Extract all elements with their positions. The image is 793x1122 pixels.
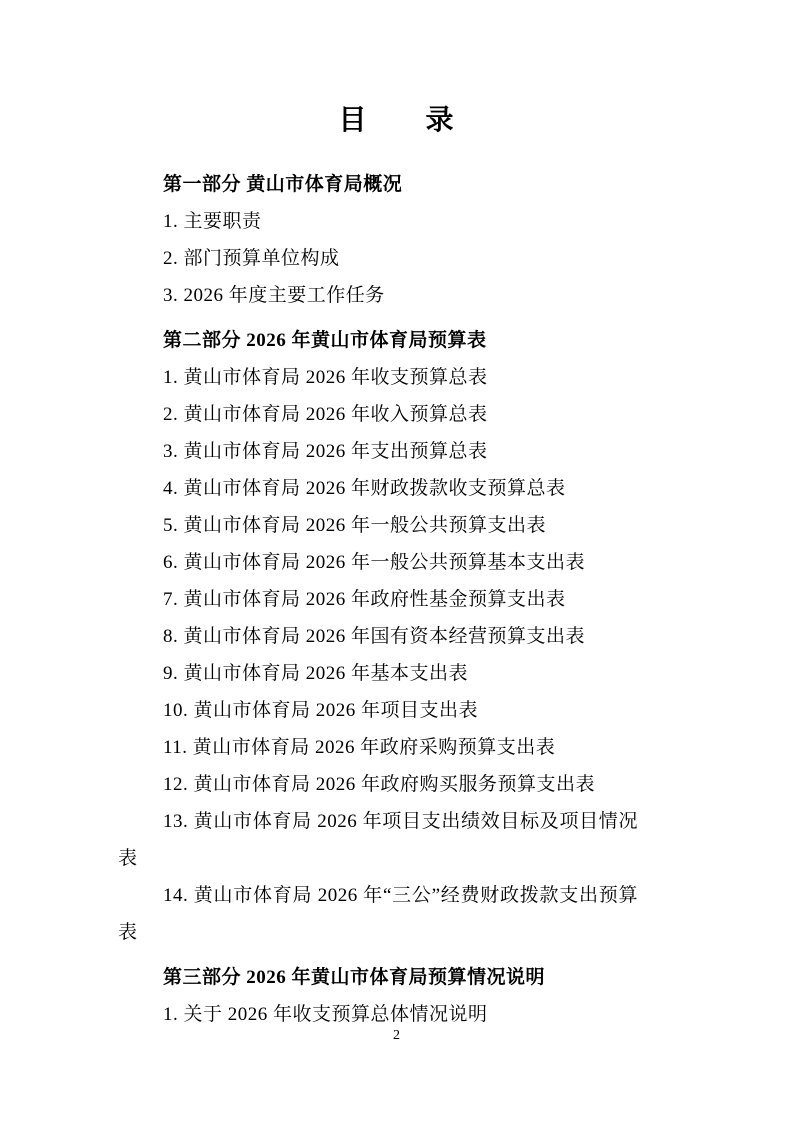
toc-item: 6. 黄山市体育局 2026 年一般公共预算基本支出表 [118, 544, 638, 581]
toc-item: 2. 部门预算单位构成 [118, 240, 638, 277]
toc-item: 4. 黄山市体育局 2026 年财政拨款收支预算总表 [118, 470, 638, 507]
part-2-heading: 第二部分 2026 年黄山市体育局预算表 [118, 322, 638, 359]
toc-item: 12. 黄山市体育局 2026 年政府购买服务预算支出表 [118, 766, 638, 803]
page-title: 目 录 [0, 0, 793, 136]
toc-item: 7. 黄山市体育局 2026 年政府性基金预算支出表 [118, 581, 638, 618]
part-3-heading: 第三部分 2026 年黄山市体育局预算情况说明 [118, 959, 638, 996]
toc-item: 8. 黄山市体育局 2026 年国有资本经营预算支出表 [118, 618, 638, 655]
toc-item: 10. 黄山市体育局 2026 年项目支出表 [118, 692, 638, 729]
table-of-contents: 第一部分 黄山市体育局概况 1. 主要职责 2. 部门预算单位构成 3. 202… [118, 166, 638, 1033]
toc-item: 9. 黄山市体育局 2026 年基本支出表 [118, 655, 638, 692]
toc-item: 1. 主要职责 [118, 203, 638, 240]
toc-item: 11. 黄山市体育局 2026 年政府采购预算支出表 [118, 729, 638, 766]
page-number: 2 [0, 1026, 793, 1046]
part-1-heading: 第一部分 黄山市体育局概况 [118, 166, 638, 203]
toc-item: 13. 黄山市体育局 2026 年项目支出绩效目标及项目情况表 [118, 803, 638, 877]
toc-item: 2. 黄山市体育局 2026 年收入预算总表 [118, 396, 638, 433]
toc-item: 3. 黄山市体育局 2026 年支出预算总表 [118, 433, 638, 470]
document-page: 目 录 第一部分 黄山市体育局概况 1. 主要职责 2. 部门预算单位构成 3.… [0, 0, 793, 1122]
toc-item: 3. 2026 年度主要工作任务 [118, 277, 638, 314]
toc-item: 14. 黄山市体育局 2026 年“三公”经费财政拨款支出预算表 [118, 877, 638, 951]
toc-item: 1. 黄山市体育局 2026 年收支预算总表 [118, 359, 638, 396]
toc-item: 5. 黄山市体育局 2026 年一般公共预算支出表 [118, 507, 638, 544]
